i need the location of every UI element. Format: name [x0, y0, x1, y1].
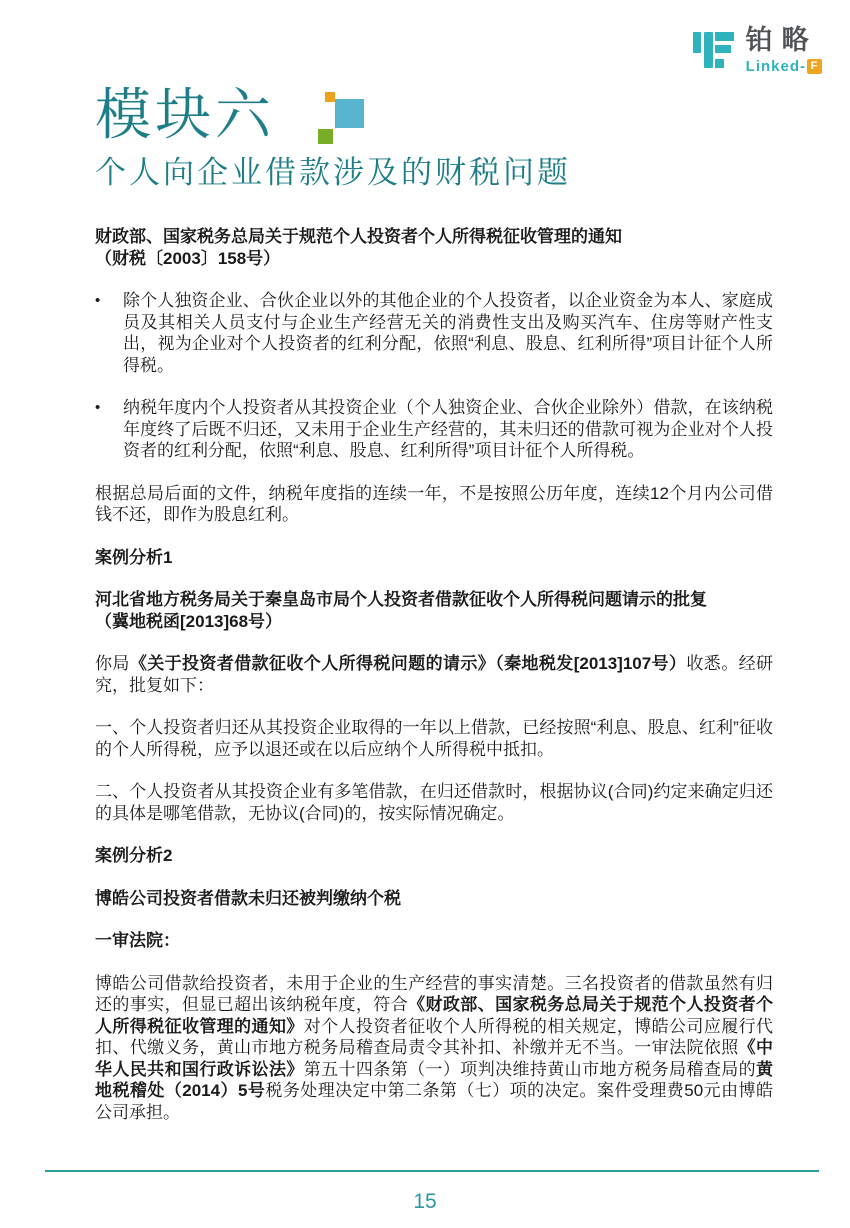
module-title: 模块六 [95, 84, 795, 148]
doc-paragraph: 一、个人投资者归还从其投资企业取得的一年以上借款，已经按照“利息、股息、红利”征… [95, 717, 773, 760]
doc-bullet-item: •纳税年度内个人投资者从其投资企业（个人独资企业、合伙企业除外）借款，在该纳税年… [95, 397, 773, 462]
doc-heading-line: （冀地税函[2013]68号） [95, 611, 773, 633]
document-page: 铂略 Linked- F 模块六 个人向企业借款涉及的财税问题 财政部、国家税务… [0, 0, 850, 1228]
doc-heading-line: 一审法院： [95, 930, 773, 952]
doc-heading-line: 博皓公司投资者借款未归还被判缴纳个税 [95, 888, 773, 910]
doc-paragraph: 二、个人投资者从其投资企业有多笔借款，在归还借款时，根据协议(合同)约定来确定归… [95, 781, 773, 824]
doc-text: 二、个人投资者从其投资企业有多笔借款，在归还借款时，根据协议(合同)约定来确定归… [95, 782, 773, 823]
doc-heading: 案例分析1 [95, 547, 773, 569]
doc-text: 第五十四条第（一）项判决维持黄山市地方税务局稽查局的 [304, 1060, 756, 1079]
bullet-text: 除个人独资企业、合伙企业以外的其他企业的个人投资者，以企业资金为本人、家庭成员及… [123, 290, 773, 376]
bullet-marker: • [95, 290, 123, 312]
brand-name-en-text: Linked- [746, 58, 806, 75]
bullet-marker: • [95, 397, 123, 419]
doc-paragraph: 根据总局后面的文件，纳税年度指的连续一年，不是按照公历年度，连续12个月内公司借… [95, 483, 773, 526]
decorative-square-orange [325, 92, 335, 102]
doc-text-bold: 《关于投资者借款征收个人所得税问题的请示》 [130, 654, 495, 673]
doc-heading: 案例分析2 [95, 845, 773, 867]
doc-heading: 博皓公司投资者借款未归还被判缴纳个税 [95, 888, 773, 910]
doc-heading-line: 案例分析1 [95, 547, 773, 569]
doc-heading-line: （财税〔2003〕158号） [95, 248, 773, 270]
doc-heading-line: 财政部、国家税务总局关于规范个人投资者个人所得税征收管理的通知 [95, 226, 773, 248]
linked-f-logo-icon [692, 26, 736, 72]
doc-heading: 河北省地方税务局关于秦皇岛市局个人投资者借款征收个人所得税问题请示的批复（冀地税… [95, 589, 773, 632]
doc-text-bold: （秦地税发[2013]107号） [495, 654, 686, 673]
doc-heading-line: 河北省地方税务局关于秦皇岛市局个人投资者借款征收个人所得税问题请示的批复 [95, 589, 773, 611]
doc-heading: 一审法院： [95, 930, 773, 952]
doc-text: 你局 [95, 654, 130, 673]
decorative-square-green [318, 129, 333, 144]
brand-logo: 铂略 Linked- F [692, 26, 822, 75]
doc-heading: 财政部、国家税务总局关于规范个人投资者个人所得税征收管理的通知（财税〔2003〕… [95, 226, 773, 269]
brand-f-badge: F [807, 59, 822, 74]
doc-text: 根据总局后面的文件，纳税年度指的连续一年，不是按照公历年度，连续12个月内公司借… [95, 484, 773, 525]
bullet-text: 纳税年度内个人投资者从其投资企业（个人独资企业、合伙企业除外）借款，在该纳税年度… [123, 397, 773, 462]
doc-heading-line: 案例分析2 [95, 845, 773, 867]
brand-name-en: Linked- F [746, 58, 822, 75]
decorative-square-blue [335, 99, 364, 128]
doc-paragraph: 博皓公司借款给投资者，未用于企业的生产经营的事实清楚。三名投资者的借款虽然有归还… [95, 973, 773, 1124]
document-body: 财政部、国家税务总局关于规范个人投资者个人所得税征收管理的通知（财税〔2003〕… [95, 226, 773, 1144]
brand-logo-text: 铂略 Linked- F [746, 26, 822, 75]
doc-bullet-item: •除个人独资企业、合伙企业以外的其他企业的个人投资者，以企业资金为本人、家庭成员… [95, 290, 773, 376]
title-block: 模块六 个人向企业借款涉及的财税问题 [95, 84, 795, 192]
footer-divider [45, 1170, 819, 1172]
doc-text: 一、个人投资者归还从其投资企业取得的一年以上借款，已经按照“利息、股息、红利”征… [95, 718, 773, 759]
page-number: 15 [0, 1190, 850, 1214]
doc-paragraph: 你局《关于投资者借款征收个人所得税问题的请示》（秦地税发[2013]107号）收… [95, 653, 773, 696]
page-subtitle: 个人向企业借款涉及的财税问题 [95, 156, 795, 192]
brand-name-cn: 铂略 [746, 26, 818, 56]
